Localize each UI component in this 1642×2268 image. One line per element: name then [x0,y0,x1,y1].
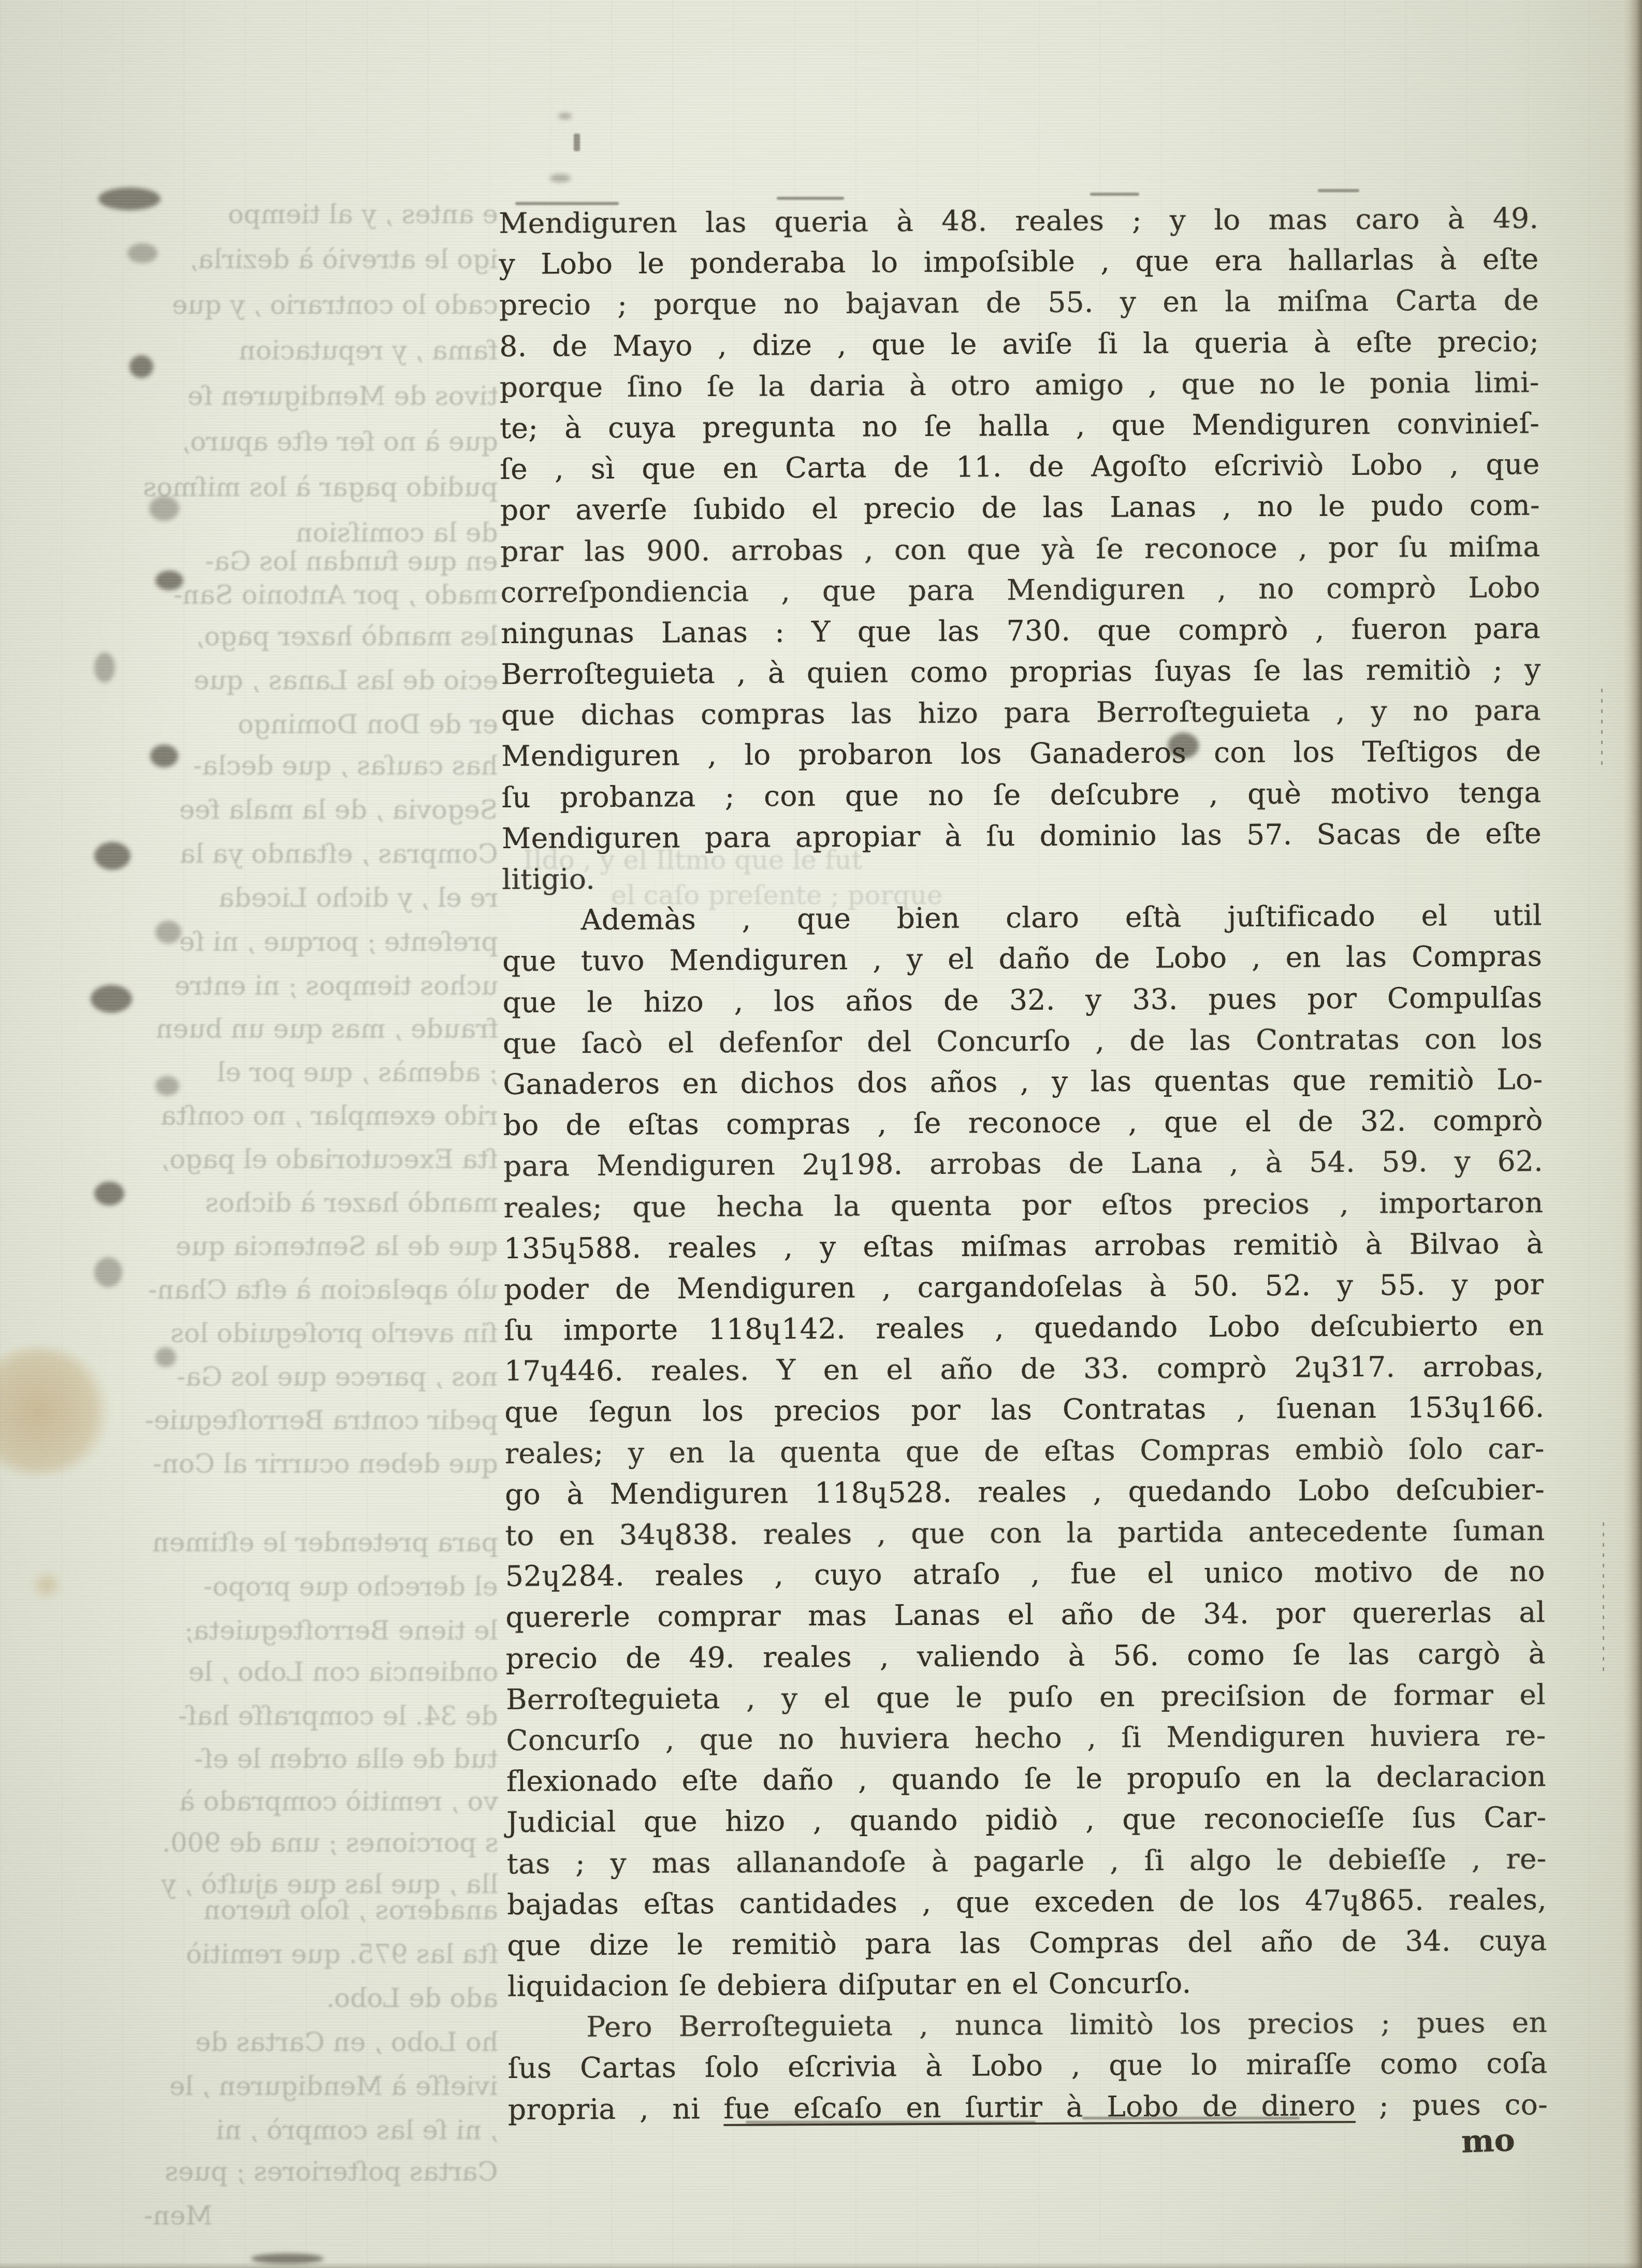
ink-smudge [155,921,181,943]
text-line: ſe , sì que en Carta de 11. de Agoſto eſ… [500,444,1539,490]
ink-smudge [149,496,179,521]
bleedthrough-line: que deben ocurrir al Con- [153,1449,498,1479]
bleedthrough-line: rido exemplar , no conſta [161,1101,498,1131]
ink-smudge [1168,733,1199,759]
ink-smudge [91,985,132,1013]
ink-smudge [155,571,183,590]
text-line: que ſacò el defenſor del Concurſo , de l… [503,1018,1543,1064]
bleedthrough-line: de la comiſsion [296,518,498,548]
text-line: Judicial que hizo , quando pidiò , que r… [506,1797,1546,1843]
bleedthrough-line: Segovia , de la mala fee [179,795,498,825]
ink-dash [1082,2117,1300,2119]
ink-dash [1090,193,1139,196]
bleedthrough-line: Men- [144,2201,212,2231]
ink-smudge [155,1347,176,1367]
ink-smudge [127,243,157,263]
ink-smudge [98,187,161,210]
bleedthrough-line: has cauſas , que decla- [193,751,498,781]
ink-smudge [129,355,153,378]
ink-smudge [155,1076,179,1096]
ink-smudge [94,842,130,870]
text-line: Mendiguren , lo probaron los Ganaderos c… [501,731,1541,777]
text-line: ſus Cartas ſolo eſcrivia à Lobo , que lo… [507,2043,1547,2089]
bleedthrough-line: que à no ſer eſte apuro, [182,427,498,457]
text-line: quererle comprar mas Lanas el año de 34.… [505,1592,1545,1638]
text-line: Concurſo , que no huviera hecho , ſi Men… [506,1715,1546,1761]
bleedthrough-line: pedir contra Berroſteguie- [145,1405,498,1436]
bleedthrough-line: , ni ſe las comprò , ni [216,2115,498,2146]
text-line: Ganaderos en dichos dos años , y las que… [503,1059,1543,1105]
ink-smudge [94,1257,122,1287]
right-margin-speckle [1601,689,1603,766]
bleedthrough-line: le tiene Berroſteguieta; [184,1616,498,1646]
text-line: ſu importe 118ɥ142. reales , quedando Lo… [504,1305,1544,1351]
text-line: 52ɥ284. reales , cuyo atraſo , fue el un… [505,1551,1545,1597]
text-line: to en 34ɥ838. reales , que con la partid… [505,1510,1545,1556]
text-line: que dichas compras las hizo para Berroſt… [501,690,1541,736]
paper-stain [0,1346,114,1476]
bleedthrough-line: ulò apelacion à eſta Chan- [148,1275,498,1305]
bleedthrough-line: vo , remitiò comprado à [179,1786,498,1817]
bleedthrough-line: re el , y dicho Liceda [219,883,498,913]
text-line: ningunas Lanas : Y que las 730. que comp… [501,608,1541,654]
text-line: Pero Berroſteguieta , nunca limitò los p… [507,2002,1547,2048]
bleedthrough-line: mandò hazer à dichos [205,1188,498,1218]
bleedthrough-line: ado de Lobo. [326,1983,498,2014]
bleedthrough-line: en que fundan los Ga- [205,546,498,577]
bleedthrough-line: igo le atreviò à dezirla, [190,244,498,275]
text-line: flexionado eſte daño , quando ſe le prop… [506,1756,1546,1802]
catchword: mo [1461,2122,1516,2160]
text-line: 8. de Mayo , dize , que le aviſe ſi la q… [499,321,1539,367]
bleedthrough-line: fraude , mas que un buen [156,1014,498,1044]
text-line: que le hizo , los años de 32. y 33. pues… [502,977,1542,1023]
bleedthrough-line: mado , por Antonio San- [173,580,498,610]
text-line: 135ɥ588. reales , y eſtas miſmas arrobas… [504,1223,1544,1269]
bleedthrough-line: el derecho que propo- [204,1572,498,1602]
text-line: y Lobo le ponderaba lo impoſsible , que … [499,239,1538,285]
bleedthrough-line: s porciones ; una de 900. [162,1828,498,1858]
paper-spot [28,1572,65,1598]
right-margin-speckle [1603,1522,1604,1678]
ink-dash [777,197,844,200]
text-line: te; à cuya pregunta no ſe halla , que Me… [500,403,1539,449]
text-line: 17ɥ446. reales. Y en el año de 33. compr… [504,1346,1544,1392]
text-line: litigio. [502,854,1542,900]
page-bottom-edge [0,2262,1642,2268]
page-deckle-edge [1623,0,1642,2268]
text-line: que tuvo Mendiguren , y el daño de Lobo … [502,936,1542,982]
text-line: correſpondiencia , que para Mendiguren ,… [500,567,1540,613]
text-line: poder de Mendiguren , cargandoſelas à 50… [504,1264,1544,1310]
bleedthrough-line: uchos tiempos ; ni entre [175,971,498,1001]
ink-dash [746,2121,1036,2124]
bleedthrough-line: tivos de Mendiguren ſe [187,381,498,412]
bleedthrough-line: e antes , y al tiempo [228,199,498,230]
text-line: go à Mendiguren 118ɥ528. reales , quedan… [505,1469,1545,1515]
text-line: reales; que hecha la quenta por eſtos pr… [503,1182,1543,1228]
ink-smudge [94,1182,124,1205]
bleedthrough-line: ſta las 975. que remitiò [186,1939,498,1970]
bleedthrough-line: tud de ella orden le eſ- [194,1744,498,1775]
text-line: reales; y en la quenta que de eſtas Comp… [505,1428,1545,1474]
bleedthrough-line: er de Don Domingo [238,709,498,740]
ink-dash [515,202,619,205]
bleedthrough-line: de 34. le compraſſe haſ- [178,1701,498,1732]
bleedthrough-line: ivieſſe à Mendiguren , le [169,2071,498,2102]
scanned-page: e antes , y al tiempoigo le atreviò à de… [0,0,1642,2268]
text-line: Berroſteguieta , à quien como proprias ſ… [501,649,1541,695]
bleedthrough-line: ſin averlo proſeguido los [170,1318,498,1349]
bleedthrough-layer: e antes , y al tiempoigo le atreviò à de… [66,0,502,2268]
text-line: precio de 49. reales , valiendo à 56. co… [506,1633,1546,1679]
text-line: prar las 900. arrobas , con que yà ſe re… [500,526,1540,572]
text-line: que dize le remitiò para las Compras del… [507,1920,1547,1966]
text-line: Mendiguren para apropiar à ſu dominio la… [502,813,1542,859]
bleedthrough-line: ho Lobo , en Cartas de [195,2027,498,2058]
bleedthrough-line: preſente ; porque , ni ſe [179,927,498,957]
bleedthrough-line: nos , parece que los Ga- [177,1362,498,1392]
bleedthrough-line: anaderos , ſolo fueron [204,1895,498,1926]
ink-smudge [150,745,178,767]
text-line: por averſe ſubido el precio de las Lanas… [500,485,1540,531]
bleedthrough-line: les mandò hazer pago, [196,621,498,652]
bleedthrough-line: ſta Executoriado el pago, [161,1144,498,1175]
text-line: porque ſino ſe la daria à otro amigo , q… [500,362,1539,408]
text-line: bo de eſtas compras , ſe reconoce , que … [503,1100,1543,1146]
text-line: Ademàs , que bien claro eſtà juſtificado… [502,895,1542,941]
text-line: precio ; porque no bajavan de 55. y en l… [499,280,1539,326]
bleedthrough-line: Compras , eſtando ya la [180,839,498,869]
text-line: para Mendiguren 2ɥ198. arrobas de Lana ,… [503,1141,1543,1187]
ink-dash [1318,189,1359,192]
bleedthrough-line: lla , que las que ajuſtò , y [161,1869,498,1900]
bleedthrough-line: fama , y reputacion [239,336,498,366]
ink-smudge [558,113,572,119]
text-line: ſu probanza ; con que no ſe deſcubre , q… [501,772,1541,818]
bleedthrough-line: para pretender le eſtimen [152,1528,498,1558]
bleedthrough-line: pudido pagar à los miſmos [143,472,498,503]
text-line: Berroſteguieta , y el que le puſo en pre… [506,1674,1546,1720]
bleedthrough-line: que de la Sentencia que [176,1231,498,1262]
ink-smudge [94,652,115,682]
bleedthrough-line: cado lo contrario , y que [172,290,498,321]
text-line: bajadas eſtas cantidades , que exceden d… [507,1879,1547,1925]
text-line: tas ; y mas allanandoſe à pagarle , ſi a… [506,1838,1546,1884]
bleedthrough-line: Cartas poſteriores ; pues [165,2157,498,2187]
text-line: liquidacion ſe debiera diſputar en el Co… [507,1961,1547,2007]
ink-smudge [550,174,571,182]
text-line: Mendiguren las queria à 48. reales ; y l… [499,198,1538,244]
ink-dash [574,134,580,151]
bleedthrough-line: ondiencia con Lobo , le [188,1657,498,1688]
text-line: que ſegun los precios por las Contratas … [504,1387,1544,1433]
text-block: Mendiguren las queria à 48. reales ; y l… [499,198,1548,2130]
bleedthrough-line: ; ademàs , que por el [217,1057,498,1088]
bleedthrough-line: ecio de las Lanas , que [194,665,498,696]
